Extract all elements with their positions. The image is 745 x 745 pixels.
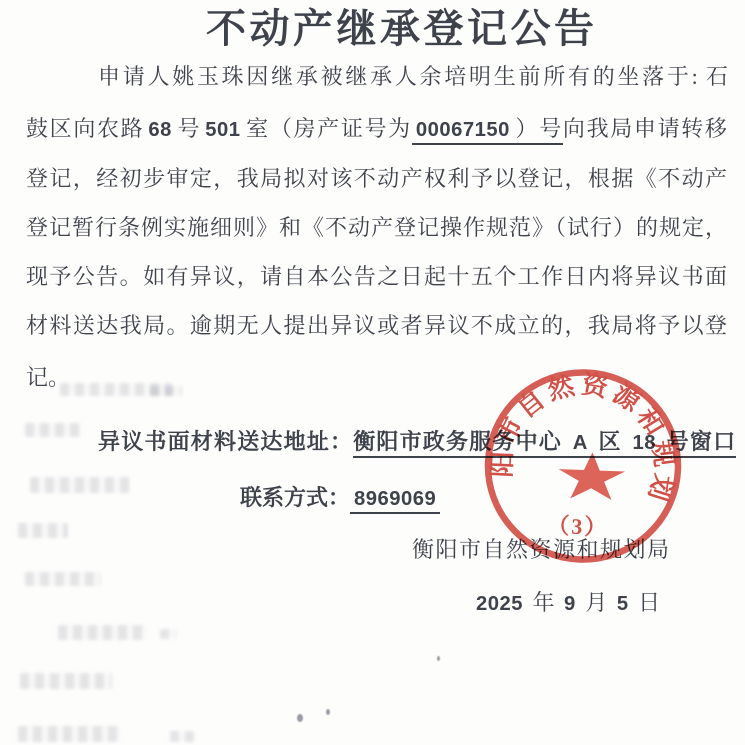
text-segment: 申请人姚玉珠因继承被继承人余培明生前所有的坐落于 [98,64,692,89]
ink-speck [297,714,303,722]
text-segment: 68 [144,119,176,141]
text-segment: 2025 [472,593,527,615]
text-segment: 501 [201,119,244,141]
body-line-3: 登记，经初步审定，我局拟对该不动产权利予以登记，根据《不动产 [26,164,727,194]
ink-speck [326,709,330,715]
body-line-5: 现予公告。如有异议，请自本公告之日起十五个工作日内将异议书面 [26,262,727,292]
text-segment: 鼓区向农路 [26,116,144,141]
text-segment: 5 [613,593,633,615]
bleed-through-mark [58,625,146,640]
text-segment: 登记暂行条例实施细则》和《不动产登记操作规范》（试行）的规定， [26,215,727,240]
text-segment: 00067150 [412,119,514,145]
bleed-through-mark [150,386,182,396]
text-segment: 月 [580,590,613,615]
seal-graphic: 衡阳市自然资源和规划局 （3） [480,363,687,570]
bleed-through-mark [25,572,101,586]
bleed-through-mark [25,423,81,437]
body-line-1: 申请人姚玉珠因继承被继承人余培明生前所有的坐落于: 石 [98,62,728,92]
date-line: 2025 年 9 月 5 日 [472,588,660,618]
text-segment: 现予公告。如有异议，请自本公告之日起十五个工作日内将异议书面 [26,264,727,289]
document-title: 不动产继承登记公告 [206,2,598,56]
text-segment: 8969069 [350,488,440,514]
text-segment: 9 [560,593,580,615]
ink-speck [437,656,440,661]
text-segment: 不动产继承登记公告 [206,6,598,51]
seal-number: （3） [547,513,609,540]
body-line-4: 登记暂行条例实施细则》和《不动产登记操作规范》（试行）的规定， [26,213,727,243]
text-segment: ）号 [514,116,563,145]
bleed-through-mark [18,523,68,538]
text-segment: 向我局申请转移 [563,116,727,141]
text-segment: 联系方式： [240,485,350,510]
text-segment: 异议书面材料送达地址： [98,429,353,454]
text-segment: : 石 [692,64,728,89]
bleed-through-mark [160,629,176,639]
document-page: 不动产继承登记公告申请人姚玉珠因继承被继承人余培明生前所有的坐落于: 石鼓区向农… [0,0,745,745]
seal-star-icon [558,451,626,500]
text-segment: 材料送达我局。逾期无人提出异议或者异议不成立的，我局将予以登 [26,313,727,338]
bleed-through-mark [170,731,194,742]
text-segment: 室（房产证号为 [244,116,411,141]
bleed-through-mark [18,726,120,742]
official-seal-stamp: 衡阳市自然资源和规划局 （3） [480,363,687,570]
body-line-6: 材料送达我局。逾期无人提出异议或者异议不成立的，我局将予以登 [26,311,727,341]
text-segment: 日 [633,590,661,615]
body-line-2: 鼓区向农路68号501室（房产证号为00067150）号向我局申请转移 [26,114,727,144]
text-segment: 年 [527,590,560,615]
text-segment: 号 [176,116,201,141]
text-segment: 登记，经初步审定，我局拟对该不动产权利予以登记，根据《不动产 [26,166,727,191]
contact-line: 联系方式：8969069 [240,483,440,513]
bleed-through-mark [30,477,130,493]
bleed-through-mark [20,673,112,689]
